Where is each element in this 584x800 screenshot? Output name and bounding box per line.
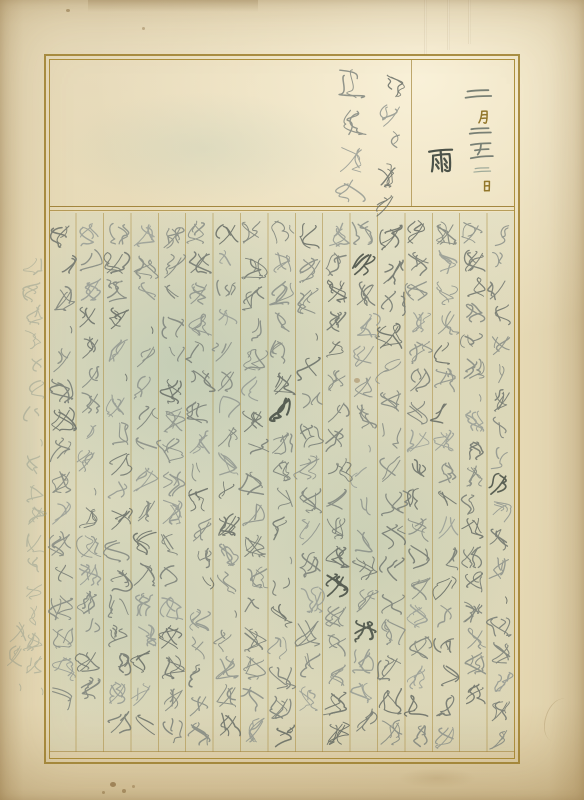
paper-crease (447, 0, 450, 50)
top-edge-smudge (88, 0, 258, 12)
date-column-divider (411, 60, 412, 206)
ink-stain (122, 789, 126, 793)
foxing-spot (66, 9, 70, 12)
ink-stain (110, 782, 116, 787)
vertical-column-rules (49, 213, 515, 752)
header-tint-wash (58, 92, 348, 204)
ink-stain (102, 791, 105, 794)
crease-mark (539, 695, 578, 745)
diary-page: 二 月 二五 日 雨 住宅復興協 議会開催 (0, 0, 584, 800)
paper-crease (468, 0, 471, 44)
ink-stain (132, 785, 135, 788)
margin-tint-wash (4, 236, 52, 716)
header-separator-line (50, 210, 514, 211)
foxing-spot (142, 27, 145, 30)
paper-crease (424, 0, 427, 55)
header-separator-line (50, 206, 514, 207)
bottom-stain (398, 768, 476, 788)
